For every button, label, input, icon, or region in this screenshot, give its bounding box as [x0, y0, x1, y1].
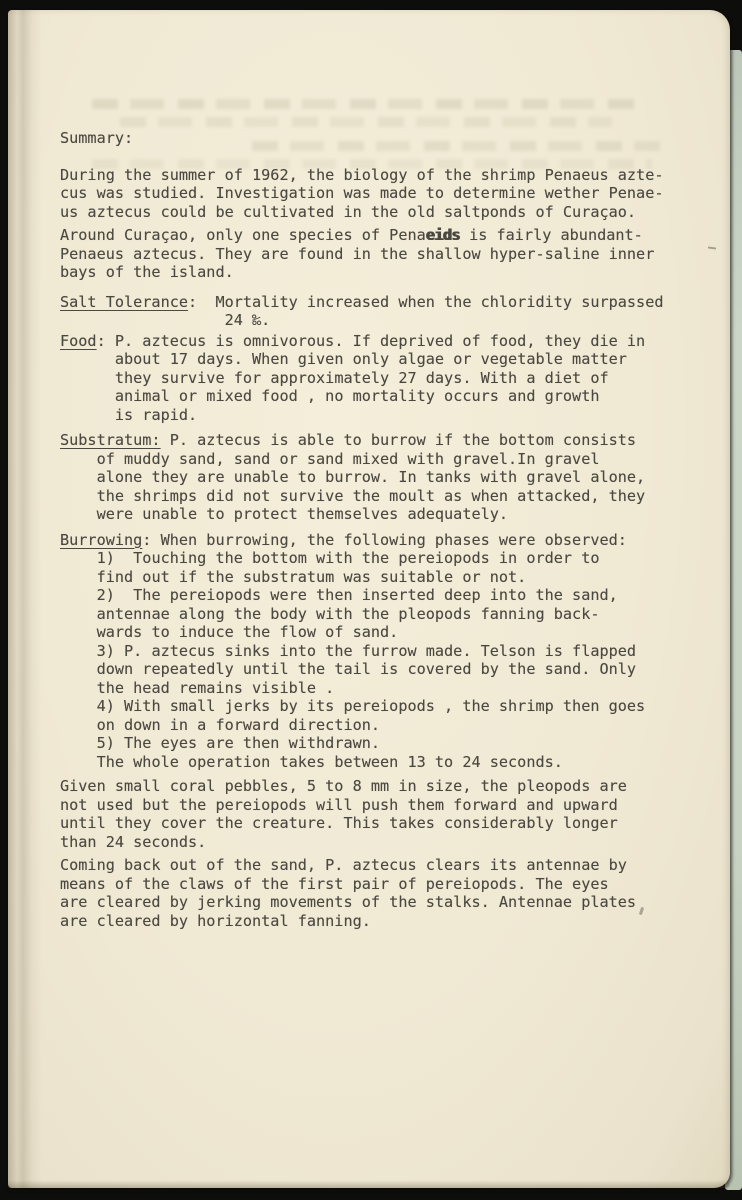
section-label-salt-tolerance: Salt Tolerance [60, 293, 188, 311]
paragraph-text: Around Curaçao, only one species of Pena [60, 226, 426, 244]
section-body-food: : P. aztecus is omnivorous. If deprived … [60, 332, 645, 424]
typewritten-text-block: Summary: During the summer of 1962, the … [60, 129, 692, 930]
scan-artifact-mark [708, 246, 716, 249]
pebbles-paragraph: Given small coral pebbles, 5 to 8 mm in … [60, 777, 692, 851]
overtyped-text: eids [426, 226, 460, 244]
intro-paragraph-species: Around Curaçao, only one species of Pena… [60, 226, 692, 282]
ghost-text-smudge [92, 99, 640, 109]
section-label-substratum: Substratum: [60, 431, 161, 449]
emergence-paragraph: Coming back out of the sand, P. aztecus … [60, 856, 692, 930]
section-burrowing: Burrowing: When burrowing, the following… [60, 531, 692, 772]
section-label-food: Food [60, 332, 97, 350]
section-body-burrowing: : When burrowing, the following phases w… [60, 531, 645, 771]
summary-heading: Summary: [60, 129, 692, 148]
ghost-text-smudge [120, 117, 612, 127]
section-salt-tolerance: Salt Tolerance: Mortality increased when… [60, 293, 692, 330]
document-page: Summary: During the summer of 1962, the … [8, 10, 730, 1188]
section-substratum: Substratum: P. aztecus is able to burrow… [60, 431, 692, 524]
section-food: Food: P. aztecus is omnivorous. If depri… [60, 332, 692, 425]
section-label-burrowing: Burrowing [60, 531, 142, 549]
intro-paragraph-study: During the summer of 1962, the biology o… [60, 166, 692, 222]
